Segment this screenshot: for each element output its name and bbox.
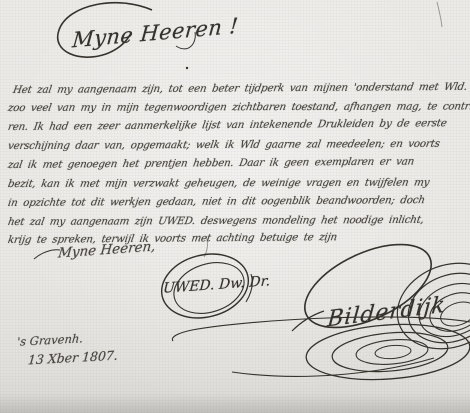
crease-mark (437, 2, 442, 27)
date-line: 13 Xber 1807. (27, 348, 118, 368)
signature: Bilderdijk (326, 293, 446, 333)
body-line: het zal my aangenaam zijn UWED. deswegen… (7, 214, 425, 228)
body-line: zal ik met genoegen het prentjen hebben.… (7, 155, 415, 171)
body-line: bezit, kan ik met mijn verzwakt geheugen… (7, 177, 430, 190)
valediction: UWED. Dw. Dr. (163, 273, 271, 297)
ink-dot (186, 67, 188, 69)
letter-scan: Myne Heeren ! Het zal my aangenaam zijn,… (0, 0, 470, 413)
body-line: ren. Ik had een zeer aanmerkelijke lijst… (7, 117, 448, 133)
salutation: Myne Heeren ! (71, 14, 239, 53)
body-line: krijg te spreken, terwijl ik voorts met … (7, 231, 338, 246)
body-line: Het zal my aangenaam zijn, tot een beter… (12, 81, 468, 96)
body-line: zoo veel van my in mijn tegenwoordigen z… (7, 100, 470, 114)
closing-swash-icon (34, 250, 60, 259)
body-line: in opzichte tot dit werkjen gedaan, niet… (7, 194, 426, 209)
signature-spiral-paraph-icon (172, 317, 470, 385)
body-line: verschijning daar van, opgemaakt; welk i… (7, 138, 441, 152)
place-line: 's Gravenh. (16, 331, 83, 349)
